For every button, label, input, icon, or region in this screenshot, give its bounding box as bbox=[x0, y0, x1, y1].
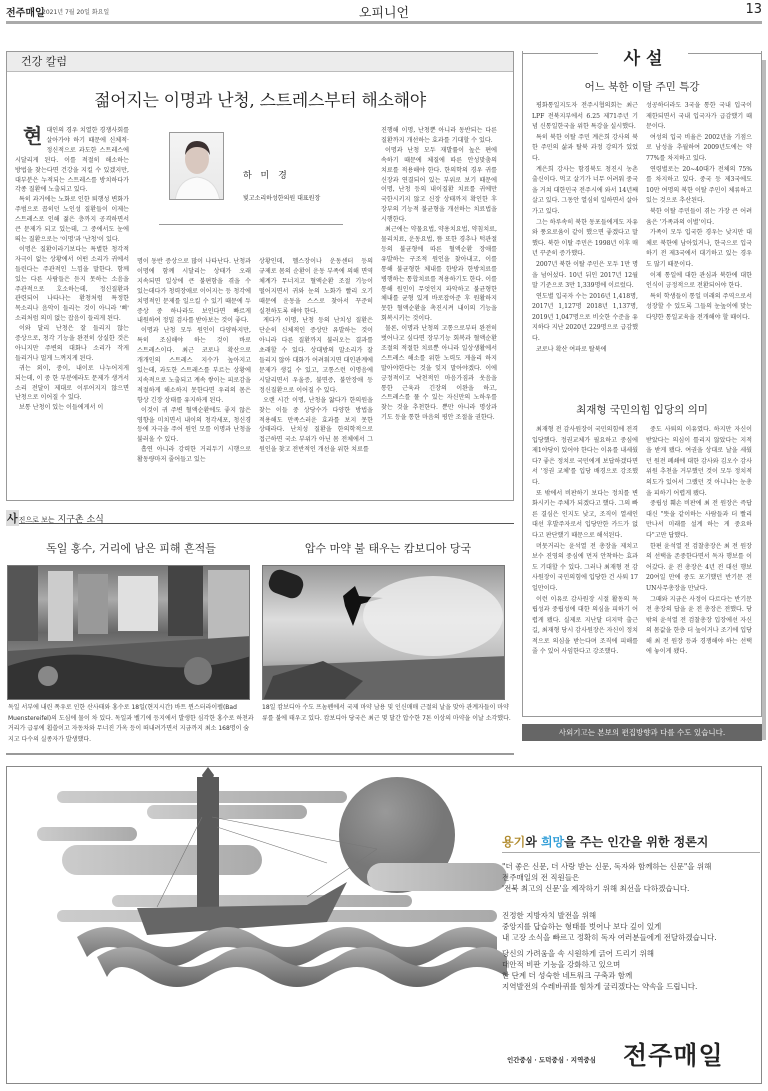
health-column: 건강 칼럼 젊어지는 이명과 난청, 스트레스부터 해소해야 하 미 경 빛고소… bbox=[6, 51, 514, 501]
ad-logo: 전주매일 bbox=[623, 1036, 724, 1072]
editorial-2-title: 최재형 국민의힘 입당의 의미 bbox=[522, 402, 762, 417]
editorial-1-column-1: 평화통일지도자 전주시협의회는 최근 LPF 전북지부에서 6.25 제71주년… bbox=[532, 101, 638, 355]
ad-divider bbox=[502, 852, 760, 853]
editorial-2-column-1: 최재형 전 감사원장이 국민의힘에 전격 입당했다. 정권교체가 필요하고 중심… bbox=[532, 425, 638, 658]
sailboat-illustration-icon bbox=[7, 767, 507, 1083]
ad-paragraph-2: 진정한 지방자치 발전을 위해 중앙지를 답습하는 형태를 벗어나 보다 깊이 … bbox=[502, 910, 717, 943]
world-news-header: 사진으로 보는 지구촌 소식 bbox=[6, 507, 514, 524]
editorial-shadow bbox=[762, 60, 766, 740]
drop-cap: 현 bbox=[23, 126, 42, 146]
ad-slogan: 용기와 희망을 주는 인간을 위한 정론지 bbox=[502, 833, 708, 850]
article-column-2: 명이 동반 증상으로 많이 나타난다. 난청과 이명에 함께 시달리는 상태가 … bbox=[137, 257, 251, 465]
section-title: 오피니언 bbox=[6, 2, 762, 21]
column-label: 건강 칼럼 bbox=[7, 52, 513, 72]
ad-tagline: 인간중심 · 도덕중심 · 지역중심 bbox=[507, 1055, 596, 1064]
photo-title-germany-flood: 독일 홍수, 거리에 남은 피해 흔적들 bbox=[6, 540, 256, 556]
editorial-2-column-2: 중도 사퇴의 이유였다. 하지만 자신이 받았다는 의심이 틀리지 않았다는 지… bbox=[646, 425, 752, 658]
article-headline: 젊어지는 이명과 난청, 스트레스부터 해소해야 bbox=[7, 86, 513, 111]
masthead-rule bbox=[6, 21, 762, 24]
photo-caption-cambodia-drugs: 18일 캄보디아 수도 프놈펜에서 국제 마약 남용 및 인신매매 근절의 날을… bbox=[262, 703, 512, 724]
article-column-1: 현 대인의 경우 치열한 경쟁사회를 살아가야 하기 때문에 신체적·정신적으로… bbox=[15, 126, 129, 413]
photo-title-cambodia-drugs: 압수 마약 불 태우는 캄보디아 당국 bbox=[262, 540, 514, 556]
editorial-1-column-2: 성공하더라도 3국을 통한 국내 입국이 제한되면서 국내 입국자가 급감했기 … bbox=[646, 101, 752, 323]
author-title: 빛고소리하성한의원 대표원장 bbox=[243, 193, 320, 202]
author-photo bbox=[169, 132, 224, 200]
section-divider bbox=[6, 753, 514, 755]
op-ed-disclaimer: 사외기고는 본보의 편집방향과 다를 수도 있습니다. bbox=[522, 724, 762, 741]
author-divider bbox=[159, 224, 343, 225]
article-column-3: 상황인데, 헬스장이나 운동센터 등의 규제로 몸의 순환이 운동 부족에 의해… bbox=[259, 257, 373, 455]
ad-paragraph-1: "더 좋은 신문, 더 사랑 받는 신문, 독자와 함께하는 신문"을 위해 전… bbox=[502, 861, 711, 894]
page-number: 13 bbox=[745, 2, 762, 17]
photo-germany-flood bbox=[7, 565, 250, 700]
masthead: 전주매일 2021년 7월 20일 화요일 오피니언 13 bbox=[6, 2, 762, 22]
author-name: 하 미 경 bbox=[243, 168, 290, 181]
photo-cambodia-drugs bbox=[262, 565, 505, 700]
ad-paragraph-3: 당신의 가려움을 속 시원하게 긁어 드리기 위해 대안적 비판 기능을 강화하… bbox=[502, 948, 697, 992]
editorial-1-title: 어느 북한 이탈 주민 특강 bbox=[522, 79, 762, 94]
photo-caption-germany-flood: 독일 서부에 내린 폭우로 인한 산사태와 홍수로 18일(현지시간) 바트 뮌… bbox=[8, 703, 254, 745]
article-column-4: 진행해 이명, 난청뿐 아니라 동반되는 다른 질환까지 개선하는 효과를 기대… bbox=[381, 126, 497, 423]
